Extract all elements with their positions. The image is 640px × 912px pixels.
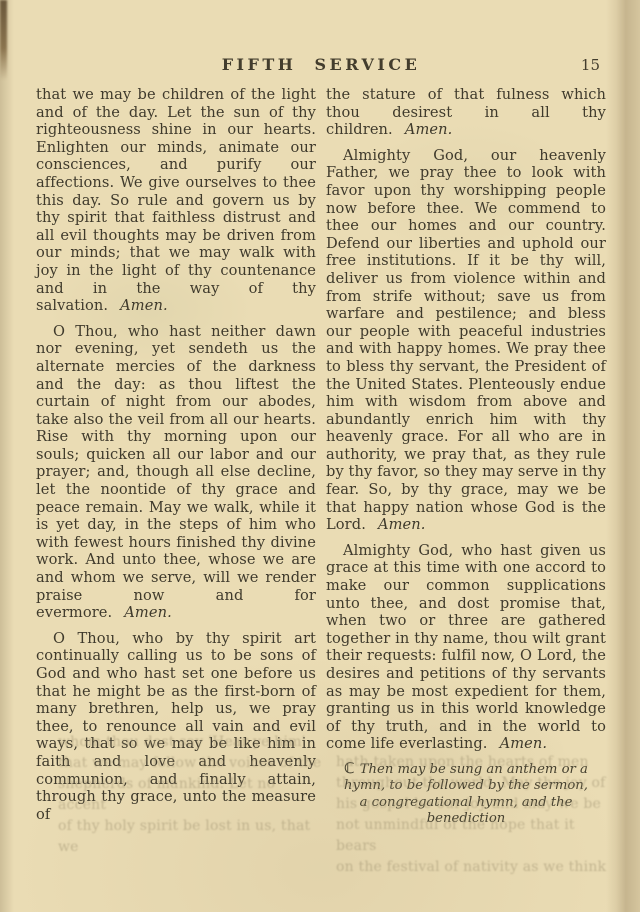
page-number: 15 [581, 56, 600, 74]
text-columns: that we may be children of the light and… [36, 86, 606, 831]
prayer-paragraph: Almighty God, who hast given us grace at… [326, 542, 606, 753]
page-right-edge-shadow [606, 0, 640, 912]
amen-label: Amen. [500, 735, 548, 752]
prayer-text: Almighty God, our heavenly Father, we pr… [326, 147, 606, 533]
showthrough-line: on the festival of nativity as we think [336, 857, 612, 878]
amen-label: Amen. [378, 516, 426, 533]
running-header-title: FIFTH SERVICE [36, 55, 606, 74]
rubric: ℂThen may be sung an anthem or a hymn, t… [326, 761, 606, 828]
prayer-paragraph: Almighty God, our heavenly Father, we pr… [326, 147, 606, 534]
prayer-text: O Thou, who by thy spirit art continuall… [36, 630, 316, 823]
prayer-paragraph: the stature of that fulness which thou d… [326, 86, 606, 139]
prayer-text: Almighty God, who hast given us grace at… [326, 542, 606, 753]
scan-corner-artifact [0, 0, 7, 80]
prayer-paragraph: O Thou, who hast neither dawn nor evenin… [36, 323, 316, 622]
amen-label: Amen. [120, 297, 168, 314]
prayer-text: that we may be children of the light and… [36, 86, 316, 314]
prayer-paragraph: O Thou, who by thy spirit art continuall… [36, 630, 316, 824]
rubric-text: Then may be sung an anthem or a hymn, to… [344, 762, 588, 827]
prayer-text: O Thou, who hast neither dawn nor evenin… [36, 323, 316, 622]
prayer-text: the stature of that fulness which thou d… [326, 86, 606, 138]
amen-label: Amen. [405, 121, 453, 138]
page-header: FIFTH SERVICE 15 [36, 55, 606, 77]
prayer-paragraph: that we may be children of the light and… [36, 86, 316, 315]
capitulum-icon: ℂ [344, 760, 355, 777]
amen-label: Amen. [124, 604, 172, 621]
column-right: the stature of that fulness which thou d… [326, 86, 606, 831]
page-left-edge-shadow [0, 0, 14, 912]
column-left: that we may be children of the light and… [36, 86, 316, 831]
book-page: FIFTH SERVICE 15 that we may be children… [0, 0, 640, 912]
